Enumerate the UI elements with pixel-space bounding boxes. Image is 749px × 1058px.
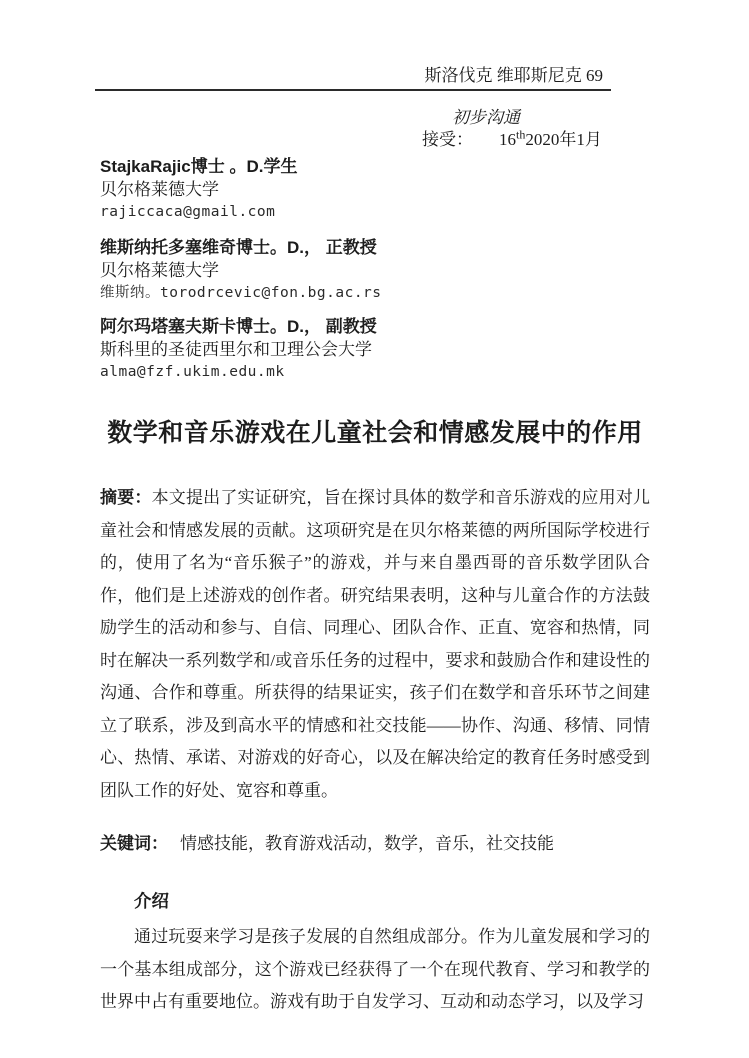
author-block-2: 维斯纳托多塞维奇博士。D.， 正教授 贝尔格莱德大学 维斯纳。torodrcev… [100,236,650,305]
author-email: rajiccaca@gmail.com [100,201,650,224]
author-block-3: 阿尔玛塔塞夫斯卡博士。D.， 副教授 斯科里的圣徒西里尔和卫理公会大学 alma… [100,315,650,384]
accepted-date: 2020年1月 [525,130,602,149]
abstract-paragraph: 摘要：本文提出了实证研究，旨在探讨具体的数学和音乐游戏的应用对儿童社会和情感发展… [100,482,650,807]
section-heading-introduction: 介绍 [134,891,650,911]
author-affiliation: 贝尔格莱德大学 [100,178,650,201]
author-name: 阿尔玛塔塞夫斯卡博士。D.， 副教授 [100,315,650,338]
keywords-text: 情感技能，教育游戏活动，数学，音乐，社交技能 [180,834,554,853]
author-email: 维斯纳。torodrcevic@fon.bg.ac.rs [100,282,650,305]
journal-header-text: 斯洛伐克 维耶斯尼克 69 [425,66,604,85]
paper-title: 数学和音乐游戏在儿童社会和情感发展中的作用 [100,416,650,450]
introduction-paragraph: 通过玩耍来学习是孩子发展的自然组成部分。作为儿童发展和学习的一个基本组成部分，这… [100,921,650,1019]
author-affiliation: 斯科里的圣徒西里尔和卫理公会大学 [100,338,650,361]
author-email: alma@fzf.ukim.edu.mk [100,361,650,384]
abstract-label: 摘要： [100,488,152,507]
abstract-text: 本文提出了实证研究，旨在探讨具体的数学和音乐游戏的应用对儿童社会和情感发展的贡献… [100,488,650,800]
author-name: 维斯纳托多塞维奇博士。D.， 正教授 [100,236,650,259]
running-header: 斯洛伐克 维耶斯尼克 69 [95,66,611,91]
accepted-label: 接受： [422,130,473,149]
accepted-day-ordinal: th [516,127,525,141]
author-name: StajkaRajic博士 。D.学生 [100,155,650,178]
acceptance-date-line: 接受：16th2020年1月 [422,129,650,151]
accepted-day: 16 [499,130,516,149]
keywords-line: 关键词：情感技能，教育游戏活动，数学，音乐，社交技能 [100,833,650,855]
communication-type: 初步沟通 [422,107,650,129]
acceptance-block: 初步沟通 接受：16th2020年1月 [422,107,650,151]
paper-page: 斯洛伐克 维耶斯尼克 69 初步沟通 接受：16th2020年1月 Stajka… [0,0,749,1058]
keywords-label: 关键词： [100,834,168,853]
author-block-1: StajkaRajic博士 。D.学生 贝尔格莱德大学 rajiccaca@gm… [100,155,650,224]
author-affiliation: 贝尔格莱德大学 [100,259,650,282]
